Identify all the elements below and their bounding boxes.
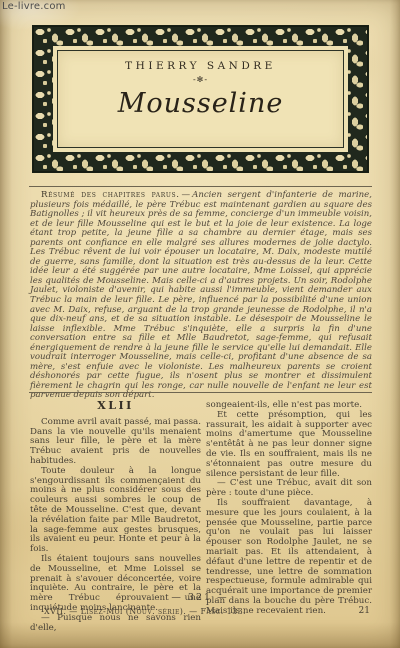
folio-number: 21 <box>359 606 370 616</box>
ornamental-border-frame: THIERRY SANDRE -✻- Mousseline <box>33 26 368 172</box>
right-column-paragraphs: songeaient-ils, elle n'est pas morte.Et … <box>206 401 372 617</box>
watermark-text: Le-livre.com <box>2 1 66 12</box>
paragraph: — C'est une Trébuc, avait dit son père :… <box>206 479 372 499</box>
paragraph: — Puisque nous ne savons rien d'elle, <box>30 614 201 634</box>
author-name: THIERRY SANDRE <box>125 60 276 72</box>
paragraph: Et cette présomption, qui les rassurait,… <box>206 411 372 480</box>
imprint-line: XVII. — Lisez-Moi (Nouv. série). — Fasc.… <box>44 607 246 616</box>
fleuron-ornament: -✻- <box>193 75 208 84</box>
paragraph: Toute douleur à la longue s'engourdissan… <box>30 467 201 555</box>
horizontal-rule-top <box>29 186 372 187</box>
resume-label: Résumé des chapitres parus. <box>41 190 180 200</box>
scanned-book-page: Le-livre.com THIERRY SANDRE -✻- Mousseli… <box>0 0 400 648</box>
paragraph: Comme avril avait passé, mai passa. Dans… <box>30 418 201 467</box>
page-number: — 321 — <box>0 592 400 603</box>
frame-inner-gap: THIERRY SANDRE -✻- Mousseline <box>53 46 348 152</box>
text-column-right: songeaient-ils, elle n'est pas morte.Et … <box>206 401 372 617</box>
resume-separator: — <box>182 190 191 200</box>
title-panel: THIERRY SANDRE -✻- Mousseline <box>57 50 344 148</box>
resume-body-text: Ancien sergent d'infanterie de marine, p… <box>30 190 372 400</box>
resume-paragraph: Résumé des chapitres parus.—Ancien serge… <box>30 191 372 401</box>
paragraph: Ils étaient toujours sans nouvelles de M… <box>30 555 201 614</box>
chapter-heading: XLII <box>30 401 201 411</box>
work-title: Mousseline <box>118 88 284 119</box>
horizontal-rule-middle <box>29 392 372 393</box>
